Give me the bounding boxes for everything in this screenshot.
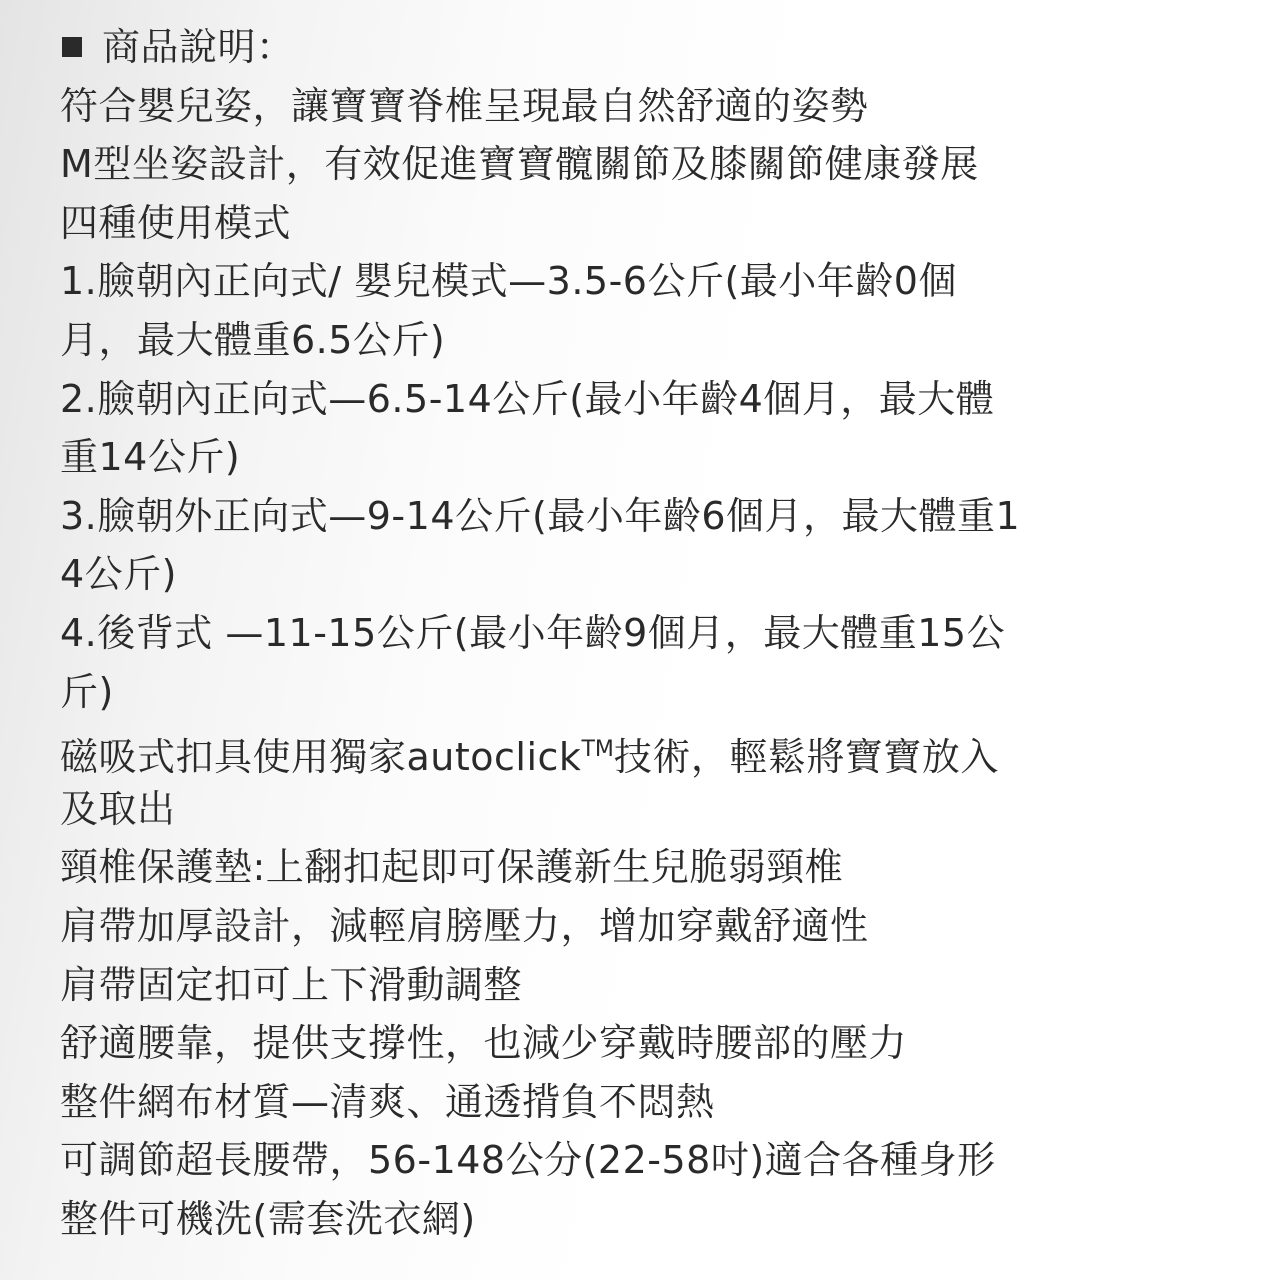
autoclick-text-before: 磁吸式扣具使用獨家autoclick (60, 735, 581, 779)
description-line: 可調節超長腰帶，56-148公分(22-58吋)適合各種身形 (60, 1131, 1240, 1190)
description-line: 及取出 (60, 780, 1240, 839)
autoclick-text-after: 技術，輕鬆將寶寶放入 (614, 735, 999, 779)
mode-line: 4.後背式 —11-15公斤(最小年齡9個月，最大體重15公 (60, 604, 1240, 663)
mode-line: 4公斤) (60, 545, 1240, 604)
square-bullet-icon (62, 37, 82, 57)
mode-line: 斤) (60, 663, 1240, 722)
heading-text: 商品說明： (102, 18, 295, 77)
trademark-symbol: TM (581, 737, 613, 762)
mode-line: 3.臉朝外正向式—9-14公斤(最小年齡6個月，最大體重1 (60, 487, 1240, 546)
mode-line: 重14公斤) (60, 428, 1240, 487)
product-description: 商品說明： 符合嬰兒姿，讓寶寶脊椎呈現最自然舒適的姿勢 M型坐姿設計，有效促進寶… (60, 18, 1240, 1248)
description-line: 肩帶加厚設計，減輕肩膀壓力，增加穿戴舒適性 (60, 897, 1240, 956)
description-line: 頸椎保護墊:上翻扣起即可保護新生兒脆弱頸椎 (60, 838, 1240, 897)
description-line: 整件網布材質—清爽、通透揹負不悶熱 (60, 1073, 1240, 1132)
description-line: 肩帶固定扣可上下滑動調整 (60, 956, 1240, 1015)
mode-line: 月，最大體重6.5公斤) (60, 311, 1240, 370)
autoclick-line: 磁吸式扣具使用獨家autoclickTM技術，輕鬆將寶寶放入 (60, 721, 1240, 780)
description-line: M型坐姿設計，有效促進寶寶髖關節及膝關節健康發展 (60, 135, 1240, 194)
description-line: 符合嬰兒姿，讓寶寶脊椎呈現最自然舒適的姿勢 (60, 77, 1240, 136)
description-line: 舒適腰靠，提供支撐性，也減少穿戴時腰部的壓力 (60, 1014, 1240, 1073)
description-line: 整件可機洗(需套洗衣網) (60, 1190, 1240, 1249)
mode-line: 1.臉朝內正向式/ 嬰兒模式—3.5-6公斤(最小年齡0個 (60, 252, 1240, 311)
mode-line: 2.臉朝內正向式—6.5-14公斤(最小年齡4個月，最大體 (60, 370, 1240, 429)
section-heading: 商品說明： (60, 18, 1240, 77)
description-line: 四種使用模式 (60, 194, 1240, 253)
